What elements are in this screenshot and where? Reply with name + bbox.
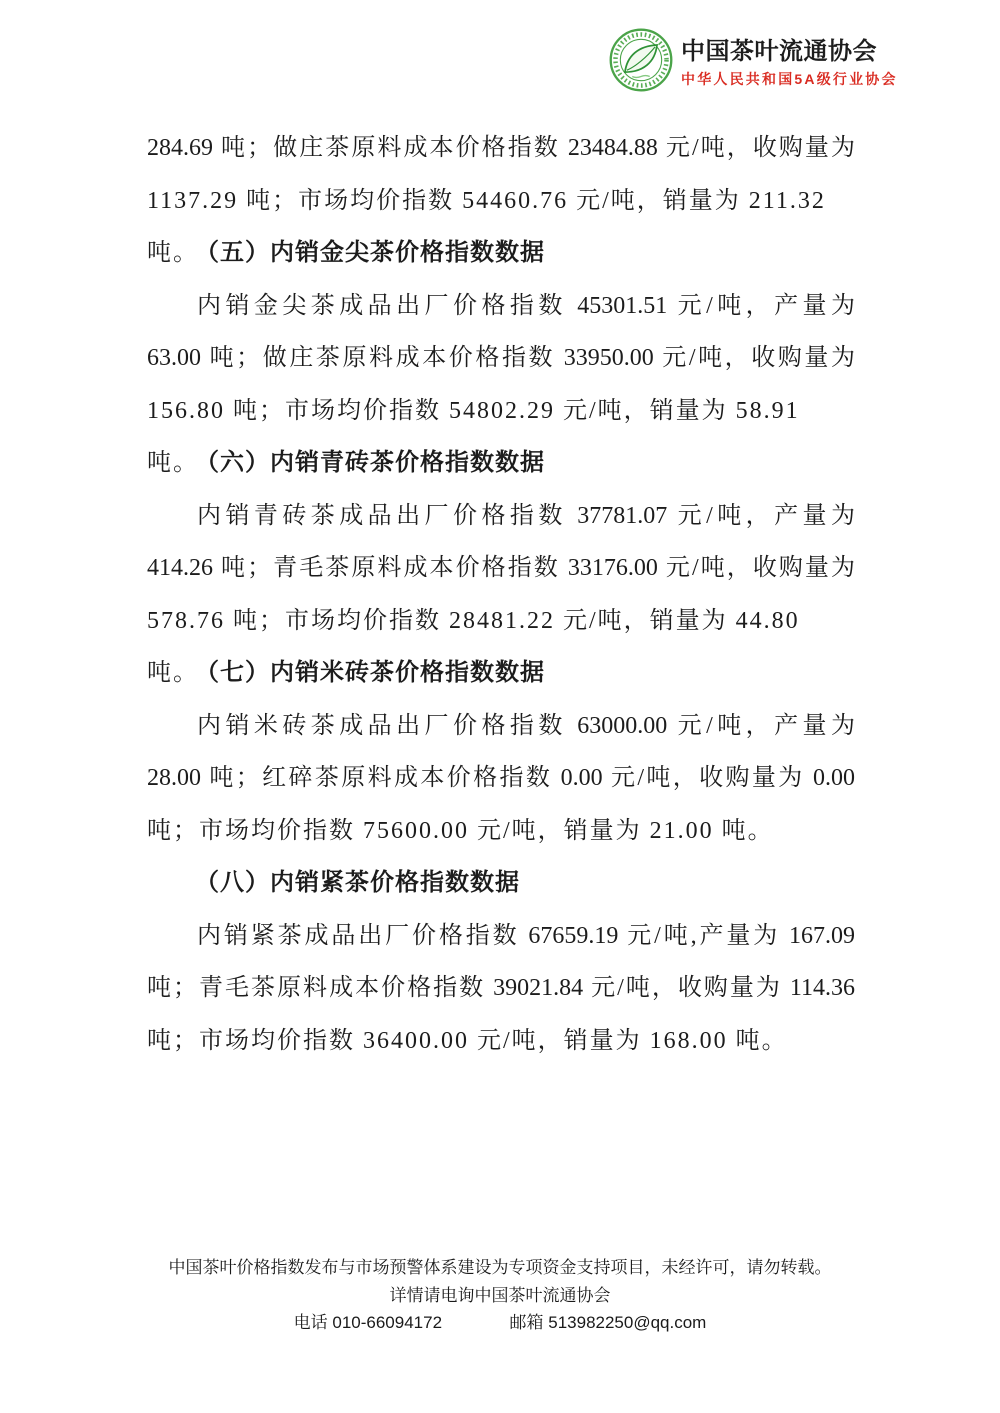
body-line: 内销金尖茶成品出厂价格指数 45301.51 元/吨，产量为	[147, 280, 855, 333]
section-heading: （六）内销青砖茶价格指数数据	[147, 437, 855, 490]
body-line: 63.00 吨；做庄茶原料成本价格指数 33950.00 元/吨，收购量为	[147, 332, 855, 385]
body-line: 28.00 吨；红碎茶原料成本价格指数 0.00 元/吨，收购量为 0.00	[147, 752, 855, 805]
footer-phone-label: 电话	[294, 1313, 328, 1332]
section-heading: （五）内销金尖茶价格指数数据	[147, 227, 855, 280]
body-line: 内销青砖茶成品出厂价格指数 37781.07 元/吨，产量为	[147, 490, 855, 543]
body-line: 吨；市场均价指数 75600.00 元/吨，销量为 21.00 吨。	[147, 805, 855, 858]
body-line: 578.76 吨；市场均价指数 28481.22 元/吨，销量为 44.80 吨…	[147, 595, 855, 648]
footer-contact-details: 电话 010-66094172 邮箱 513982250@qq.com	[0, 1309, 1000, 1337]
org-subtitle: 中华人民共和国5A级行业协会	[681, 69, 898, 89]
tea-leaf-seal-icon	[608, 27, 674, 93]
body-line: 吨；青毛茶原料成本价格指数 39021.84 元/吨，收购量为 114.36	[147, 962, 855, 1015]
body-line: 内销米砖茶成品出厂价格指数 63000.00 元/吨，产量为	[147, 700, 855, 753]
footer-contact-note: 详情请电询中国茶叶流通协会	[0, 1282, 1000, 1310]
document-page: 中国茶叶流通协会 中华人民共和国5A级行业协会 284.69 吨；做庄茶原料成本…	[0, 0, 1000, 1413]
body-line: 414.26 吨；青毛茶原料成本价格指数 33176.00 元/吨，收购量为	[147, 542, 855, 595]
body-line: 1137.29 吨；市场均价指数 54460.76 元/吨，销量为 211.32…	[147, 175, 855, 228]
footer-phone-number: 010-66094172	[332, 1313, 442, 1332]
org-header: 中国茶叶流通协会 中华人民共和国5A级行业协会	[608, 27, 898, 93]
body-line: 156.80 吨；市场均价指数 54802.29 元/吨，销量为 58.91 吨…	[147, 385, 855, 438]
document-body: 284.69 吨；做庄茶原料成本价格指数 23484.88 元/吨，收购量为11…	[147, 122, 855, 1067]
footer-disclaimer: 中国茶叶价格指数发布与市场预警体系建设为专项资金支持项目，未经许可，请勿转载。	[0, 1254, 1000, 1282]
org-name: 中国茶叶流通协会	[681, 39, 898, 66]
footer-email-label: 邮箱	[510, 1313, 544, 1332]
body-line: 吨；市场均价指数 36400.00 元/吨，销量为 168.00 吨。	[147, 1015, 855, 1068]
body-line: 284.69 吨；做庄茶原料成本价格指数 23484.88 元/吨，收购量为	[147, 122, 855, 175]
section-heading: （八）内销紧茶价格指数数据	[147, 857, 855, 910]
page-footer: 中国茶叶价格指数发布与市场预警体系建设为专项资金支持项目，未经许可，请勿转载。 …	[0, 1254, 1000, 1337]
section-heading: （七）内销米砖茶价格指数数据	[147, 647, 855, 700]
body-line: 内销紧茶成品出厂价格指数 67659.19 元/吨,产量为 167.09	[147, 910, 855, 963]
org-title-block: 中国茶叶流通协会 中华人民共和国5A级行业协会	[681, 27, 898, 89]
footer-email-address: 513982250@qq.com	[548, 1313, 706, 1332]
